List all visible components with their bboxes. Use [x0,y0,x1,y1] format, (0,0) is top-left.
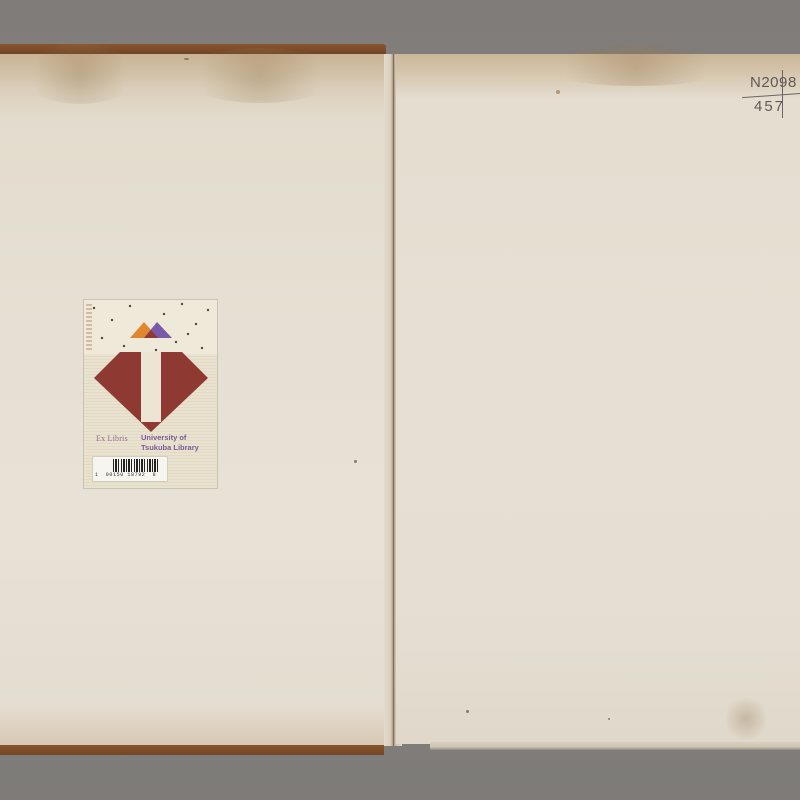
right-page-edge [430,742,800,750]
bookplate-dotted-header [84,300,217,354]
speck [184,58,189,60]
mountain-logo-icon [130,320,172,338]
barcode-label: 1 00150 18792 8 [92,456,168,482]
cover-board-bottom-edge [0,745,384,755]
right-endpaper-page [396,54,800,744]
shelfmark-right: 8 [788,74,796,91]
speck [354,460,357,463]
stain [726,694,766,744]
barcode-icon [113,459,159,472]
shelfmark-bottom: 457 [754,98,785,115]
speck [466,710,469,713]
institution-label: University of Tsukuba Library [141,433,215,453]
barcode-number: 1 00150 18792 8 [95,472,165,478]
diamond-emblem-icon [94,352,208,432]
bookplate-side-text [86,304,92,352]
stain [20,44,140,104]
library-bookplate: Ex Libris University of Tsukuba Library … [84,300,217,488]
speck [556,90,560,94]
speck [608,718,610,720]
pencil-shelfmark: N209 8 457 [742,70,800,120]
book-spread: N209 8 457 Ex Libris University of Tsuku… [0,0,800,800]
stain [180,48,340,103]
exlibris-label: Ex Libris [96,434,128,443]
stain [536,46,736,86]
